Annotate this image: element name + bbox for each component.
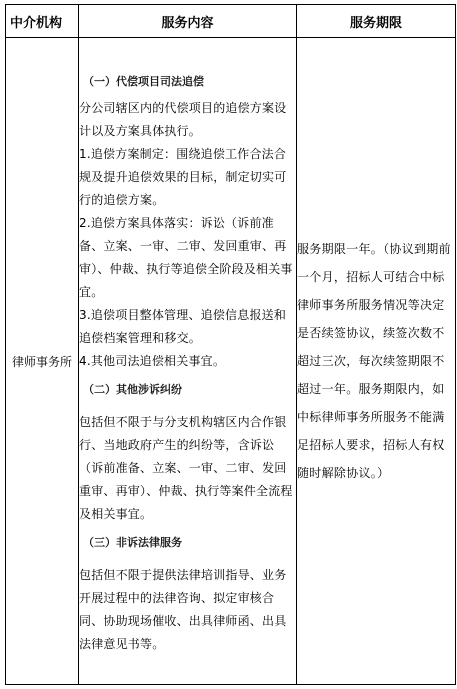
paragraph: 4.其他司法追偿相关事宜。 <box>79 350 296 373</box>
section-title: （一）代偿项目司法追偿 <box>79 75 296 89</box>
header-agency: 中介机构 <box>6 5 79 38</box>
service-content-cell: （一）代偿项目司法追偿 分公司辖区内的代偿项目的追偿方案设计以及方案具体执行。 … <box>79 38 297 685</box>
paragraph: 2.追偿方案具体落实：诉讼（诉前准备、立案、一审、二审、发回重审、再审）、仲裁、… <box>79 212 296 304</box>
paragraph: 3.追偿项目整体管理、追偿信息报送和追偿档案管理和移交。 <box>79 304 296 350</box>
header-service-content: 服务内容 <box>79 5 297 38</box>
paragraph: 分公司辖区内的代偿项目的追偿方案设计以及方案具体执行。 <box>79 97 296 143</box>
service-table: 中介机构 服务内容 服务期限 律师事务所 （一）代偿项目司法追偿 分公司辖区内的… <box>5 4 456 685</box>
paragraph: 包括但不限于提供法律培训指导、业务开展过程中的法律咨询、拟定审核合同、协助现场催… <box>79 564 296 656</box>
paragraph: 1.追偿方案制定：围绕追偿工作合法合规及提升追偿效果的目标，制定切实可行的追偿方… <box>79 143 296 212</box>
section-title: （二）其他涉诉纠纷 <box>79 383 296 397</box>
header-service-term: 服务期限 <box>297 5 456 38</box>
service-term-cell: 服务期限一年。（协议到期前一个月，招标人可结合中标律师事务所服务情况等决定是否续… <box>297 38 456 685</box>
header-row: 中介机构 服务内容 服务期限 <box>6 5 456 38</box>
agency-cell: 律师事务所 <box>6 38 79 685</box>
table-row: 律师事务所 （一）代偿项目司法追偿 分公司辖区内的代偿项目的追偿方案设计以及方案… <box>6 38 456 685</box>
paragraph: 包括但不限于与分支机构辖区内合作银行、当地政府产生的纠纷等，含诉讼（诉前准备、立… <box>79 411 296 526</box>
section-title: （三）非诉法律服务 <box>79 536 296 550</box>
